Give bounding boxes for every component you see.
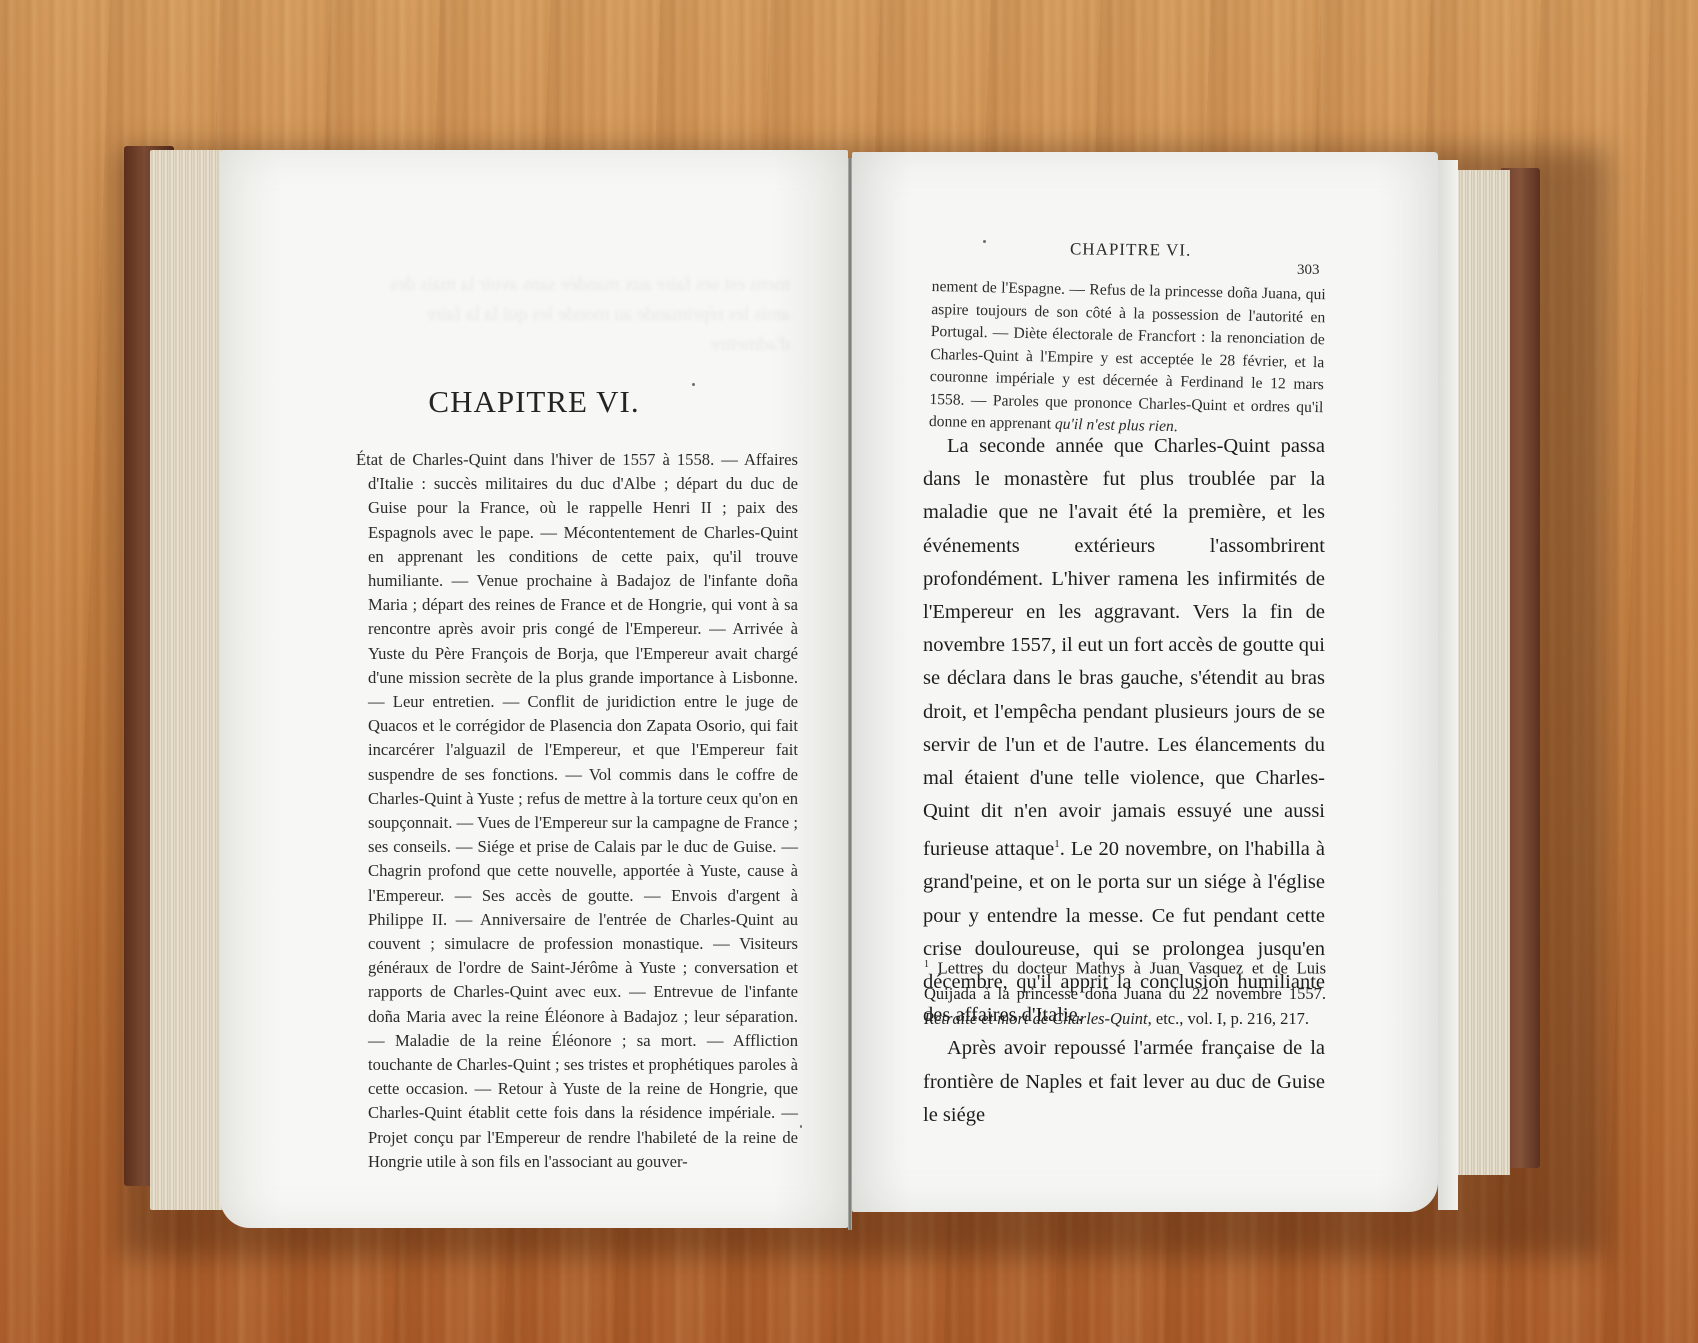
ink-speck [983, 240, 986, 243]
right-page-foredge [1438, 160, 1458, 1210]
ink-speck [596, 1110, 598, 1114]
page-edges-left [150, 150, 230, 1210]
footnote: 1 Lettres du docteur Mathys à Juan Vasqu… [924, 952, 1326, 1031]
paragraph-2: Après avoir repoussé l'armée française d… [923, 1032, 1325, 1132]
footnote-italic: Retraite et mort de Charles-Quint [924, 1009, 1148, 1028]
ink-speck [800, 1125, 802, 1128]
paragraph-1-text-a: La seconde année que Charles-Quint passa… [923, 435, 1325, 860]
summary-continued: nement de l'Espagne. — Refus de la princ… [929, 278, 1326, 433]
running-head: CHAPITRE VI. [1070, 239, 1191, 260]
bleed-through-text: mens est ses faire aux mandée sans avoir… [350, 270, 790, 400]
paragraph-1: La seconde année que Charles-Quint passa… [923, 430, 1325, 1032]
ink-speck [692, 383, 695, 386]
chapter-summary-right: nement de l'Espagne. — Refus de la princ… [929, 276, 1326, 442]
footnote-text: Lettres du docteur Mathys à Juan Vasquez… [924, 959, 1326, 1003]
page-number: 303 [1297, 262, 1320, 279]
footnote-tail: , etc., vol. I, p. 216, 217. [1148, 1009, 1309, 1028]
chapter-summary-left: État de Charles-Quint dans l'hiver de 15… [356, 448, 798, 1174]
book-gutter [848, 158, 852, 1230]
chapter-title: CHAPITRE VI. [220, 384, 848, 420]
